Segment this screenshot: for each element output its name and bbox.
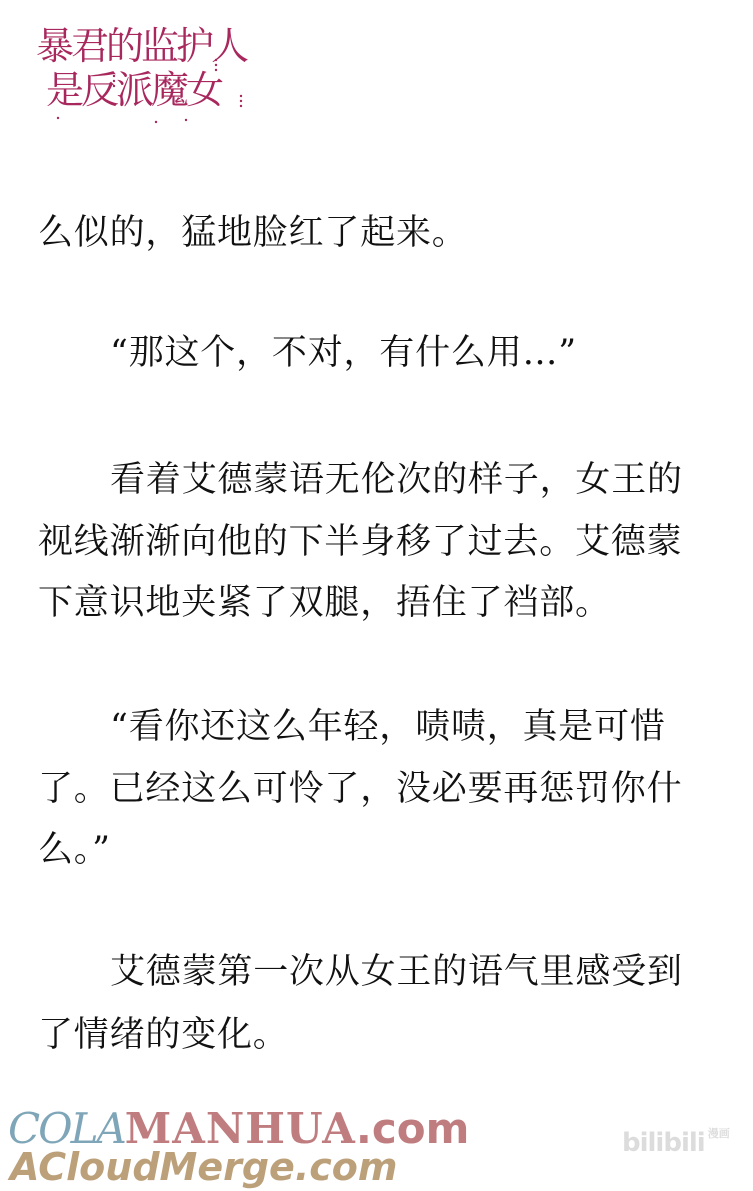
text-line: 了情绪的变化。 <box>38 1015 289 1055</box>
text-line: “看你还这么年轻，啧啧，真是可惜 <box>110 707 666 747</box>
text-line: “那这个，不对，有什么用…” <box>110 333 577 373</box>
text-line: 视线渐渐向他的下半身移了过去。艾德蒙 <box>38 522 682 562</box>
text-line: 下意识地夹紧了双腿，捂住了裆部。 <box>38 583 611 623</box>
text-line: 么似的，猛地脸红了起来。 <box>38 213 468 253</box>
text-line: 了。已经这么可怜了，没必要再惩罚你什 <box>38 769 682 809</box>
bilibili-logo-text: bilibili <box>622 1128 705 1158</box>
text-line: 艾德蒙第一次从女王的语气里感受到 <box>110 952 683 992</box>
text-line: 么。” <box>38 830 111 870</box>
manga-sub-label: 漫画 <box>708 1128 722 1140</box>
title-line-2: 是反派魔女 <box>46 70 221 110</box>
acloudmerge-watermark: ACloudMerge.com <box>10 1146 397 1188</box>
text-line: 看着艾德蒙语无伦次的样子，女王的 <box>110 460 683 500</box>
comic-title-logo: 暴君的监护人 是反派魔女 <box>36 26 266 126</box>
bilibili-manga-logo: bilibili漫画 <box>622 1128 722 1158</box>
title-line-1: 暴君的监护人 <box>36 26 246 66</box>
